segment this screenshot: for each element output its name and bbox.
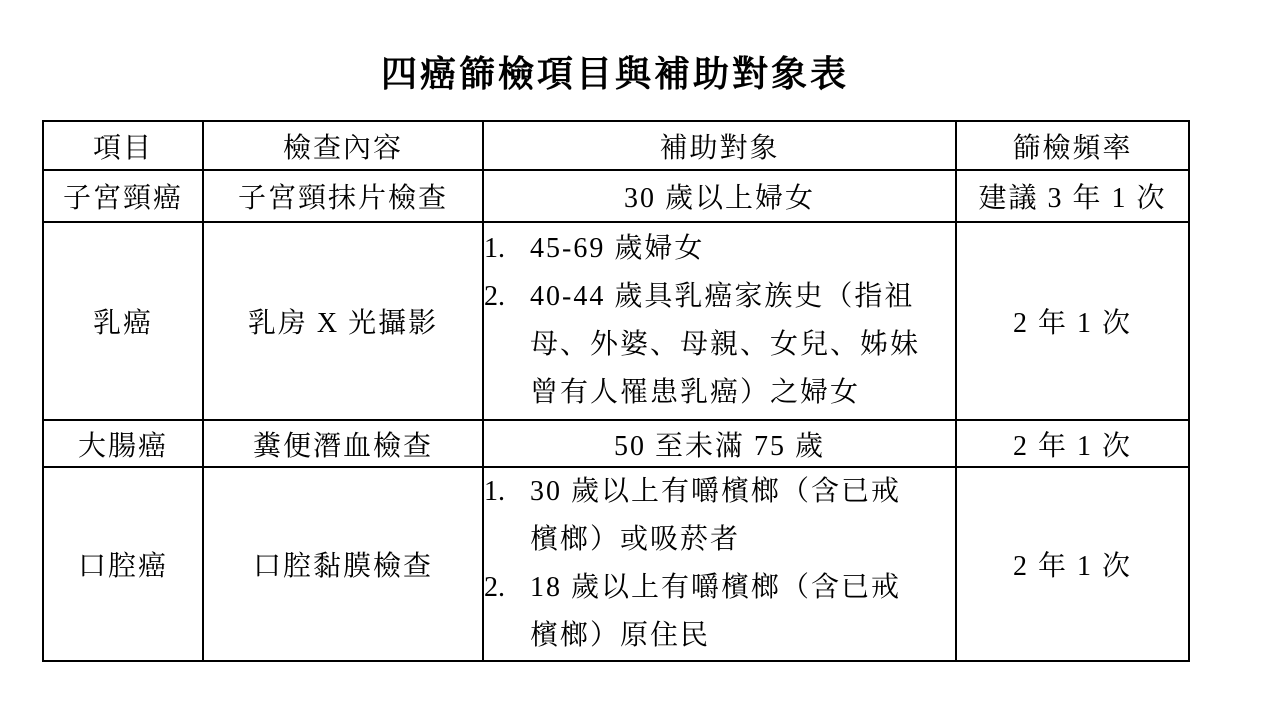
cell-frequency: 2 年 1 次 (956, 222, 1189, 420)
list-item-text: 45-69 歲婦女 (530, 225, 704, 273)
document-title: 四癌篩檢項目與補助對象表 (42, 0, 1188, 96)
table-header-row: 項目 檢查內容 補助對象 篩檢頻率 (43, 121, 1189, 170)
cell-item: 大腸癌 (43, 420, 203, 467)
table-row-cervical-cancer: 子宮頸癌 子宮頸抹片檢查 30 歲以上婦女 建議 3 年 1 次 (43, 170, 1189, 222)
list-item: 2. 18 歲以上有嚼檳榔（含已戒 檳榔）原住民 (484, 564, 955, 660)
cell-exam: 子宮頸抹片檢查 (203, 170, 483, 222)
table-row-colorectal-cancer: 大腸癌 糞便潛血檢查 50 至未滿 75 歲 2 年 1 次 (43, 420, 1189, 467)
cell-target: 1. 45-69 歲婦女 2. 40-44 歲具乳癌家族史（指祖 母、外婆、母親… (483, 222, 956, 420)
cell-target: 30 歲以上婦女 (483, 170, 956, 222)
cell-target: 1. 30 歲以上有嚼檳榔（含已戒 檳榔）或吸菸者 2. 18 歲以上有嚼檳榔（… (483, 467, 956, 661)
list-item: 1. 45-69 歲婦女 (484, 225, 955, 273)
list-item-text: 18 歲以上有嚼檳榔（含已戒 檳榔）原住民 (530, 564, 901, 660)
cell-exam: 口腔黏膜檢查 (203, 467, 483, 661)
cell-target: 50 至未滿 75 歲 (483, 420, 956, 467)
cell-exam: 糞便潛血檢查 (203, 420, 483, 467)
table-row-breast-cancer: 乳癌 乳房 X 光攝影 1. 45-69 歲婦女 2. 40-44 歲具乳癌家族… (43, 222, 1189, 420)
cell-exam: 乳房 X 光攝影 (203, 222, 483, 420)
cell-item: 乳癌 (43, 222, 203, 420)
header-subsidy-target: 補助對象 (483, 121, 956, 170)
header-exam-content: 檢查內容 (203, 121, 483, 170)
header-screening-frequency: 篩檢頻率 (956, 121, 1189, 170)
cell-item: 口腔癌 (43, 467, 203, 661)
list-item-marker: 1. (484, 468, 530, 516)
list-item-marker: 2. (484, 273, 530, 321)
cell-frequency: 建議 3 年 1 次 (956, 170, 1189, 222)
cell-frequency: 2 年 1 次 (956, 467, 1189, 661)
list-item-text: 30 歲以上有嚼檳榔（含已戒 檳榔）或吸菸者 (530, 468, 901, 564)
list-item-marker: 1. (484, 225, 530, 273)
list-item-text: 40-44 歲具乳癌家族史（指祖 母、外婆、母親、女兒、姊妹 曾有人罹患乳癌）之… (530, 273, 920, 417)
header-item: 項目 (43, 121, 203, 170)
screening-table: 項目 檢查內容 補助對象 篩檢頻率 子宮頸癌 子宮頸抹片檢查 30 歲以上婦女 … (42, 120, 1190, 662)
document-page: 四癌篩檢項目與補助對象表 項目 檢查內容 補助對象 篩檢頻率 子宮頸癌 子宮頸抹… (0, 0, 1270, 716)
table-row-oral-cancer: 口腔癌 口腔黏膜檢查 1. 30 歲以上有嚼檳榔（含已戒 檳榔）或吸菸者 2. … (43, 467, 1189, 661)
list-item-marker: 2. (484, 564, 530, 612)
cell-frequency: 2 年 1 次 (956, 420, 1189, 467)
cell-item: 子宮頸癌 (43, 170, 203, 222)
list-item: 2. 40-44 歲具乳癌家族史（指祖 母、外婆、母親、女兒、姊妹 曾有人罹患乳… (484, 273, 955, 417)
list-item: 1. 30 歲以上有嚼檳榔（含已戒 檳榔）或吸菸者 (484, 468, 955, 564)
